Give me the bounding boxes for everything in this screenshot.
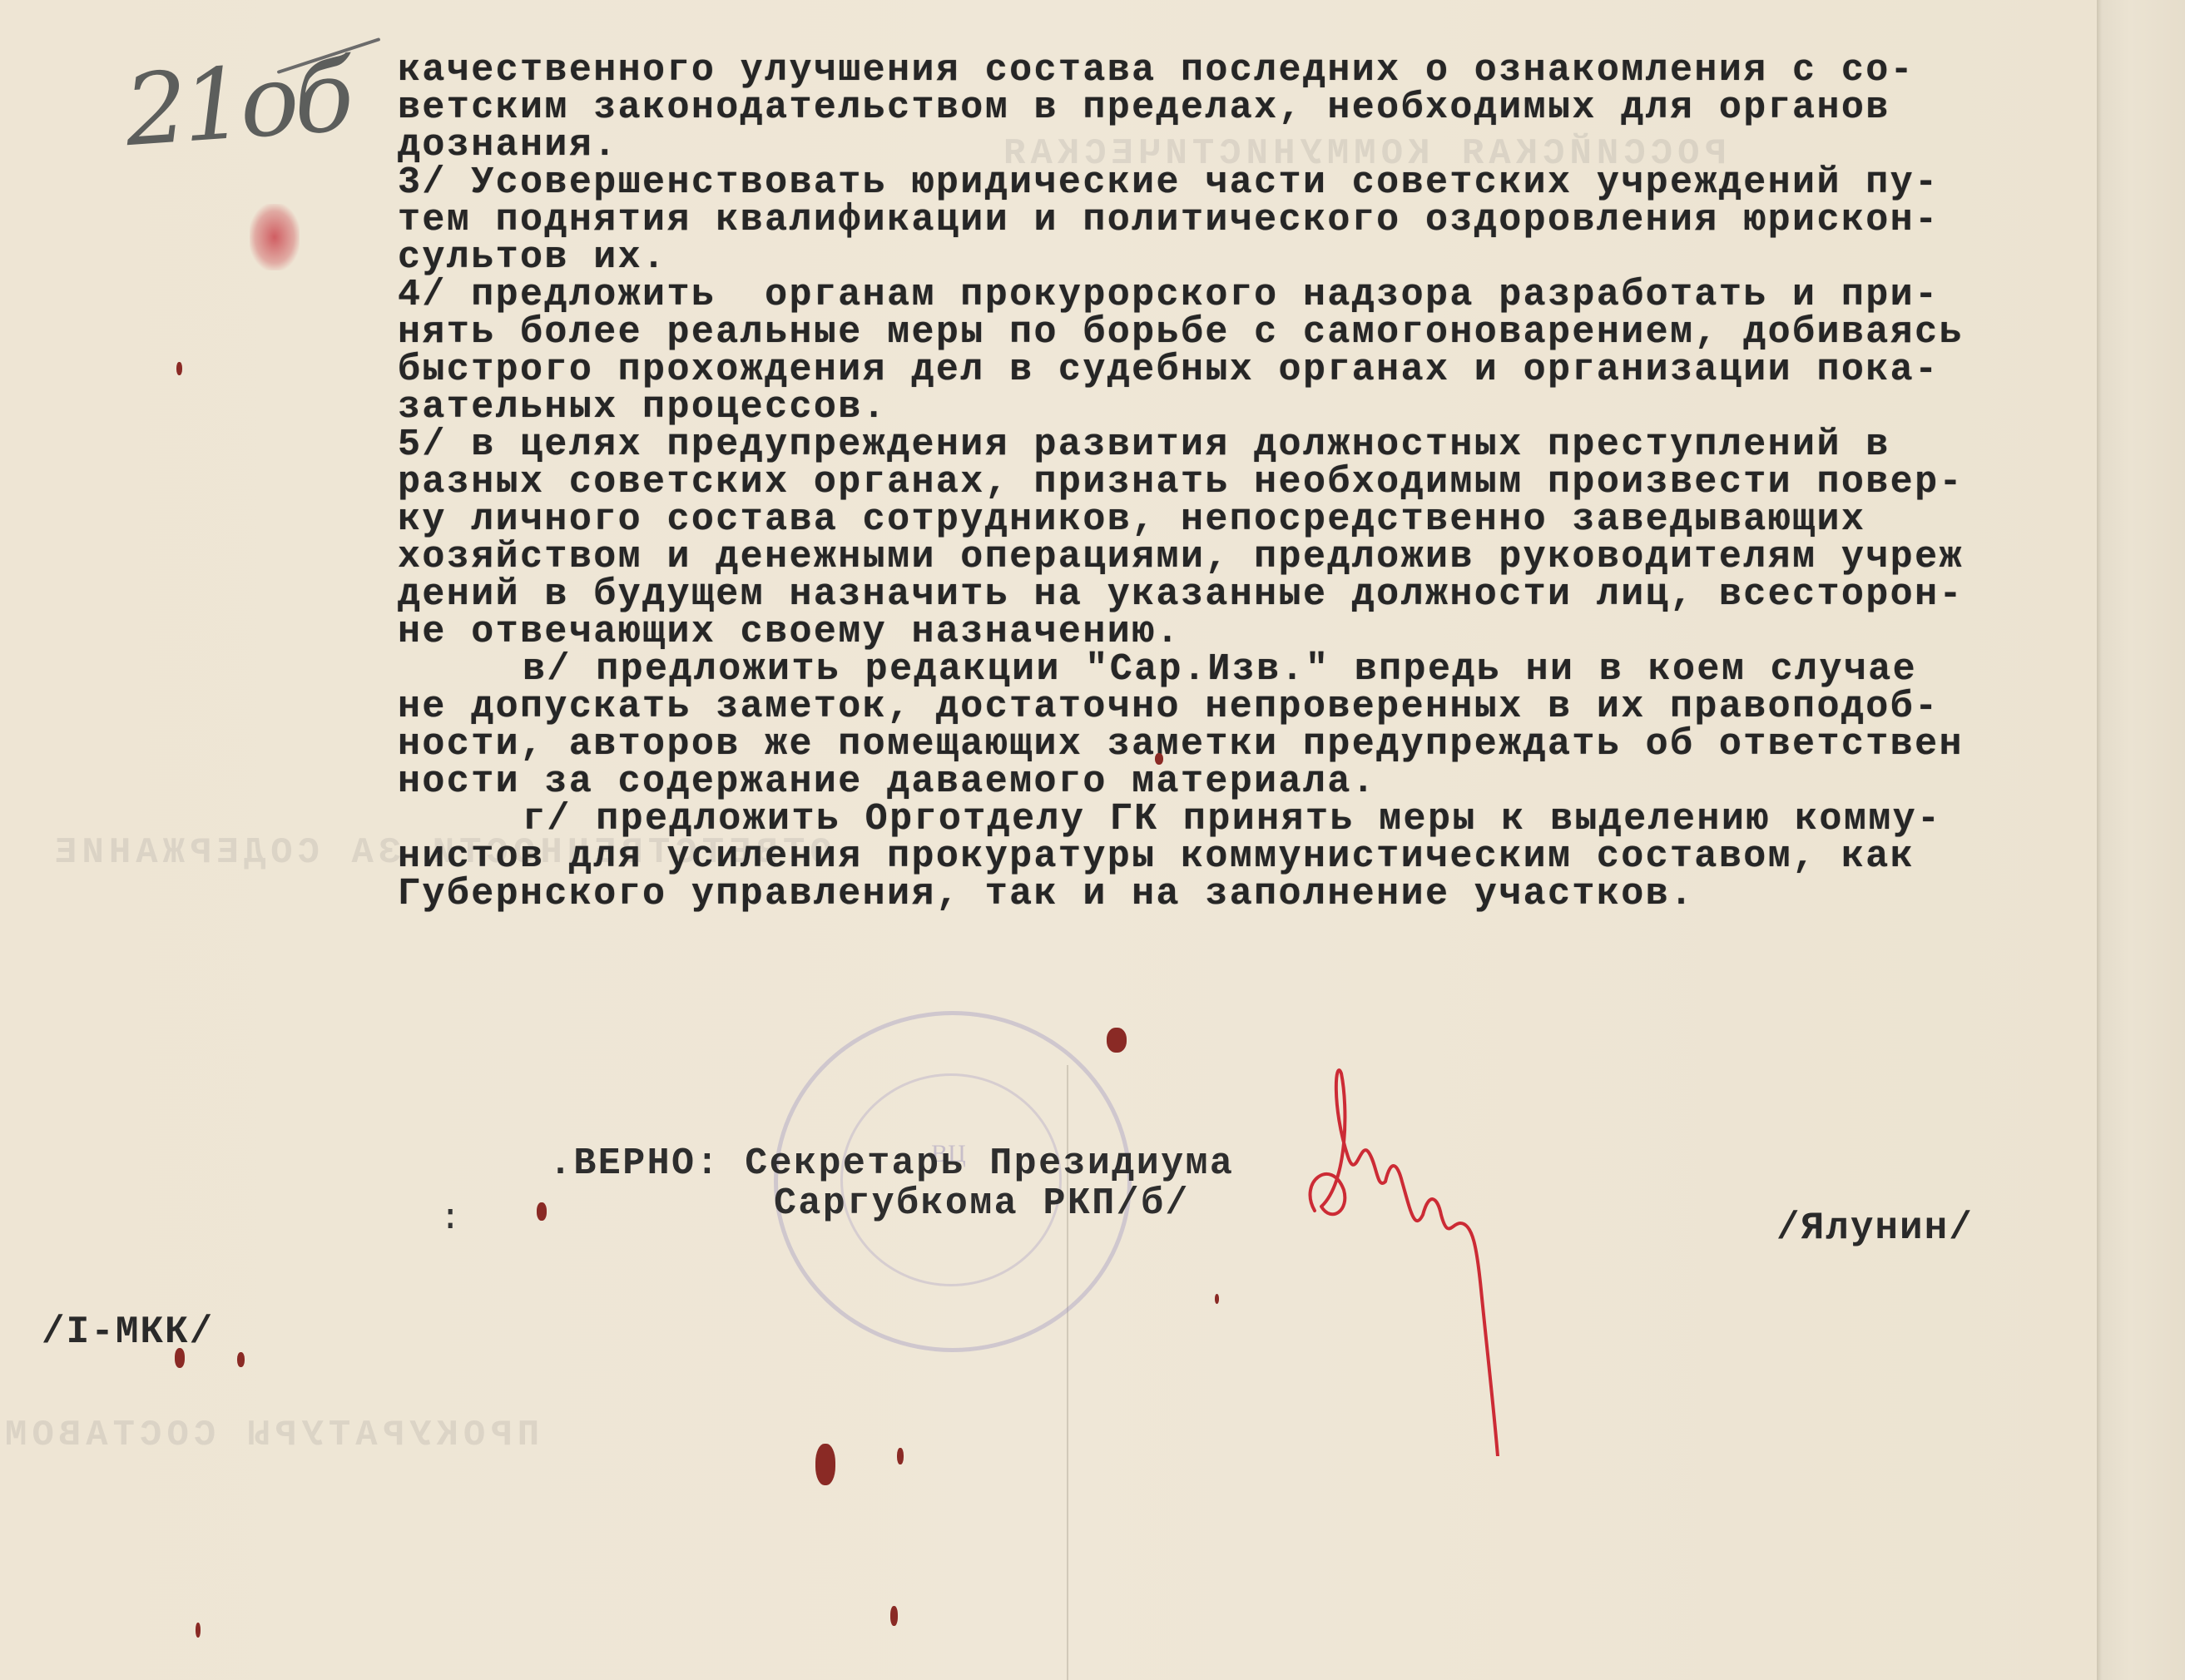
body-line: ности, авторов же помещающих заметки пре… xyxy=(398,726,2178,763)
red-speck xyxy=(1107,1028,1127,1053)
body-line: не отвечающих своему назначению. xyxy=(398,613,2178,651)
body-line: Губернского управления, так и на заполне… xyxy=(398,875,2178,913)
red-speck xyxy=(815,1444,835,1485)
red-speck xyxy=(1155,753,1163,765)
body-line: нистов для усиления прокуратуры коммунис… xyxy=(398,838,2178,875)
item-3-line: 3/ Усовершенствовать юридические части с… xyxy=(398,164,2178,201)
red-handwritten-signature xyxy=(1298,1057,1647,1456)
red-speck xyxy=(175,1348,185,1368)
body-line: дознания. xyxy=(398,126,2178,164)
item-4-line: 4/ предложить органам прокурорского надз… xyxy=(398,276,2178,314)
body-line: хозяйством и денежными операциями, предл… xyxy=(398,538,2178,576)
body-line: зательных процессов. xyxy=(398,389,2178,426)
body-line: не допускать заметок, достаточно непрове… xyxy=(398,688,2178,726)
body-line: быстрого прохождения дел в судебных орга… xyxy=(398,351,2178,389)
certification-line-1: .ВЕРНО: Секретарь Президиума xyxy=(549,1144,1234,1184)
body-line: сультов их. xyxy=(398,239,2178,276)
typewritten-body: качественного улучшения состава последни… xyxy=(398,52,2178,913)
signer-name: /Ялунин/ xyxy=(1776,1207,1974,1250)
body-line: качественного улучшения состава последни… xyxy=(398,52,2178,89)
red-speck xyxy=(1215,1294,1219,1304)
red-speck xyxy=(196,1623,201,1638)
certification-block: .ВЕРНО: Секретарь ПрезидиумаСаргубкома Р… xyxy=(549,1144,1234,1224)
certification-line-2: Саргубкома РКП/б/ xyxy=(549,1184,1234,1224)
body-line: нять более реальные меры по борьбе с сам… xyxy=(398,314,2178,351)
item-g-line: г/ предложить Орготделу ГК принять меры … xyxy=(398,800,2178,838)
red-speck xyxy=(897,1448,904,1464)
body-line: ку личного состава сотрудников, непосред… xyxy=(398,501,2178,538)
body-line: тем поднятия квалификации и политическог… xyxy=(398,201,2178,239)
item-5-line: 5/ в целях предупреждения развития должн… xyxy=(398,426,2178,463)
red-speck xyxy=(890,1606,898,1626)
bleed-through-text: ПРОКУРАТУРЫ СОСТАВОМ xyxy=(0,1415,539,1456)
item-v-line: в/ предложить редакции "Сар.Изв." впредь… xyxy=(398,651,2178,688)
red-speck xyxy=(237,1352,245,1367)
body-line: дений в будущем назначить на указанные д… xyxy=(398,576,2178,613)
body-line: ности за содержание даваемого материала. xyxy=(398,763,2178,800)
red-ink-blot xyxy=(250,204,300,270)
red-speck xyxy=(537,1202,547,1221)
red-speck xyxy=(176,362,182,375)
colon-mark: : xyxy=(439,1198,461,1240)
body-line: ветским законодательством в пределах, не… xyxy=(398,89,2178,126)
reference-code: /I-МКК/ xyxy=(42,1311,214,1354)
body-line: разных советских органах, признать необх… xyxy=(398,463,2178,501)
